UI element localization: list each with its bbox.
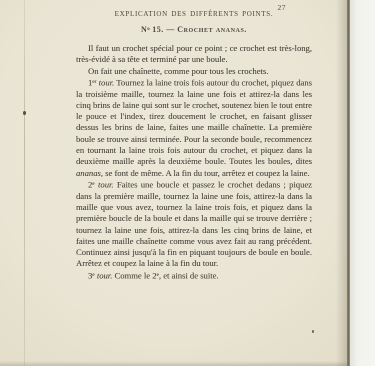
paragraph: On fait une chaînette, comme pour tous l…	[76, 66, 312, 77]
page-edge-shadow	[336, 0, 347, 366]
page-header: EXPLICATION DES DIFFÉRENTS POINTS. 27	[76, 3, 312, 13]
paragraph: 2e tour. Faites une boucle et passez le …	[76, 179, 312, 270]
page-fold-line	[24, 0, 25, 366]
body-text: Il faut un crochet spécial pour ce point…	[76, 43, 312, 281]
adjacent-page-strip	[350, 0, 375, 366]
paragraph: Il faut un crochet spécial pour ce point…	[76, 43, 312, 66]
bottom-shadow	[0, 361, 347, 366]
section-title: No 15. — Crochet ananas.	[76, 25, 312, 34]
running-head: EXPLICATION DES DIFFÉRENTS POINTS.	[115, 10, 274, 18]
scanned-book-page: EXPLICATION DES DIFFÉRENTS POINTS. 27 No…	[0, 0, 375, 366]
paragraph: 1er tour. Tournez la laine trois fois au…	[76, 77, 312, 179]
paper-speck	[312, 330, 314, 333]
paper-speck	[23, 111, 26, 115]
page-number: 27	[278, 3, 287, 12]
paragraph: 3e tour. Comme le 2e, et ainsi de suite.	[76, 270, 312, 282]
